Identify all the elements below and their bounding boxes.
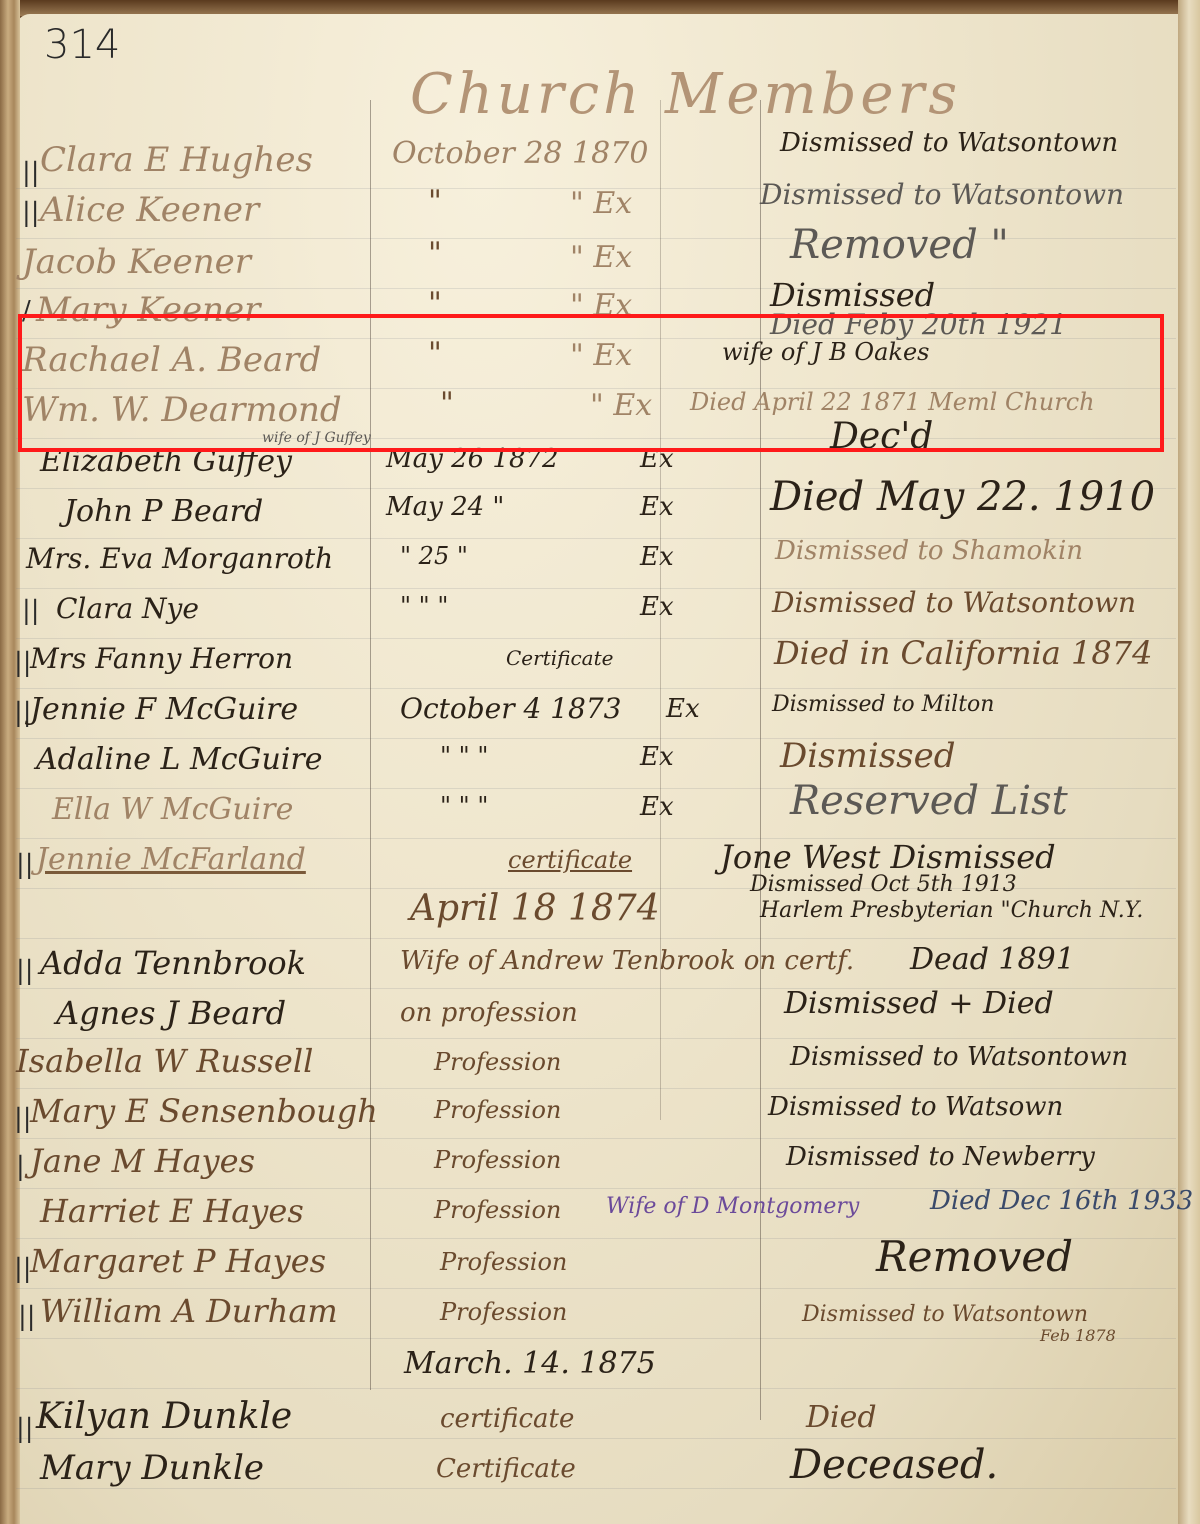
book-spine-edge [0,0,20,1524]
admission-type: Ex [640,742,674,772]
admission-ditto: " [428,184,442,219]
member-name: Margaret P Hayes [30,1242,326,1280]
admission-date: " 25 " [400,542,468,570]
admission-ditto: " " " [440,742,488,770]
admission-detail: Profession [440,1248,567,1276]
column-divider-remarks [760,100,761,1420]
entry-mark: || [14,648,32,678]
admission-detail: Wife of Andrew Tenbrook on certf. [400,946,854,976]
ruled-line [16,1488,1176,1489]
ruled-line [16,688,1176,689]
entry-mark: || [14,1254,32,1284]
remarks: Dismissed to Watsontown [790,1042,1128,1072]
remarks: Dismissed + Died [784,986,1054,1021]
member-name: Adaline L McGuire [36,742,323,777]
remarks: Dismissed to Watsontown [780,128,1118,158]
member-name: Kilyan Dunkle [36,1396,292,1437]
member-name: Jennie F McGuire [30,692,298,727]
member-name: Agnes J Beard [56,994,286,1032]
remarks: Dead 1891 [910,942,1075,977]
admission-detail: Profession [434,1196,561,1224]
remarks: Died Dec 16th 1933 [930,1186,1193,1216]
remarks: Deceased. [790,1442,998,1488]
remarks: Dismissed to Watsontown [802,1302,1088,1327]
remarks-line-2: Feb 1878 [1040,1326,1116,1345]
remarks-line-2: Dismissed Oct 5th 1913 [750,872,1017,897]
member-name: Clara Nye [56,592,199,625]
remarks: Jone West Dismissed [720,838,1056,876]
remarks: Dismissed to Watsontown [772,586,1136,619]
admission-type: Ex [666,694,700,724]
entry-mark: || [22,198,40,228]
admission-detail: on profession [400,998,578,1028]
admission-type: " Ex [570,240,632,275]
entry-mark: || [22,596,40,626]
entry-mark: || [16,956,34,986]
remarks: Removed [876,1232,1073,1281]
ruled-line [16,1438,1176,1439]
member-name: Alice Keener [40,190,259,230]
ruled-line [16,1088,1176,1089]
member-name: John P Beard [64,494,263,529]
ruled-line [16,1388,1176,1389]
member-name: Harriet E Hayes [40,1192,304,1230]
admission-detail: Profession [434,1146,561,1174]
admission-type: Ex [640,792,674,822]
adjacent-page-edge [1178,0,1200,1524]
admission-date: " " " [400,592,448,620]
remarks: Died in California 1874 [774,634,1152,672]
member-name: Mary E Sensenbough [30,1092,378,1130]
member-name: Adda Tennbrook [40,944,306,982]
page-title: Church Members [410,62,961,127]
admission-date: May 24 " [386,492,504,522]
member-name: William A Durham [40,1292,338,1330]
annotation: Wife of D Montgomery [606,1194,859,1219]
admission-type: Ex [640,492,674,522]
entry-mark: || [22,158,40,188]
remarks: Dismissed to Shamokin [775,536,1083,566]
admission-detail: certificate [440,1404,574,1434]
remarks: Dismissed to Watsown [768,1092,1063,1122]
admission-date: October 4 1873 [400,692,622,725]
entry-mark: | [16,1152,25,1182]
remarks-line-3: Harlem Presbyterian "Church N.Y. [760,898,1143,923]
section-date: April 18 1874 [410,888,660,929]
remarks: Dismissed to Milton [772,692,994,717]
ruled-line [16,938,1176,939]
highlight-box [18,314,1164,452]
admission-type: Ex [640,592,674,622]
ruled-line [16,1138,1176,1139]
column-divider-name [370,100,371,1390]
admission-ditto: " " " [440,792,488,820]
ruled-line [16,738,1176,739]
entry-mark: || [14,698,32,728]
member-name: Jane M Hayes [30,1142,255,1180]
remarks: Died [806,1400,877,1435]
entry-mark: || [16,850,34,880]
member-name: Ella W McGuire [52,792,293,827]
remarks: Removed " [790,222,1009,268]
member-name: Mrs Fanny Herron [30,642,293,675]
remarks: Died May 22. 1910 [770,474,1155,520]
member-name: Mrs. Eva Morganroth [26,542,333,575]
admission-type: " Ex [570,186,632,221]
member-name: Clara E Hughes [40,140,313,180]
member-name: Isabella W Russell [16,1042,313,1080]
admission-type: Ex [640,542,674,572]
ruled-line [16,1288,1176,1289]
admission-detail: Certificate [436,1454,576,1484]
page-number: 314 [44,22,120,68]
remarks: Dismissed [780,736,955,776]
entry-mark: || [14,1104,32,1134]
admission-detail: Profession [434,1048,561,1076]
entry-mark: || [18,1302,36,1332]
member-name: Jennie McFarland [36,842,306,877]
admission-detail: Profession [434,1096,561,1124]
remarks: Reserved List [790,778,1068,824]
admission-date: October 28 1870 [392,136,648,171]
admission-type: certificate [508,846,632,874]
admission-type: Certificate [506,646,613,670]
admission-detail: Profession [440,1298,567,1326]
admission-ditto: " [428,236,442,271]
remarks: Dismissed to Newberry [786,1142,1095,1172]
ruled-line [16,1038,1176,1039]
section-date: March. 14. 1875 [404,1346,656,1381]
entry-mark: || [16,1414,34,1444]
remarks: Dismissed to Watsontown [760,178,1124,211]
member-name: Jacob Keener [22,242,251,282]
ruled-line [16,1338,1176,1339]
member-name: Mary Dunkle [40,1448,264,1488]
